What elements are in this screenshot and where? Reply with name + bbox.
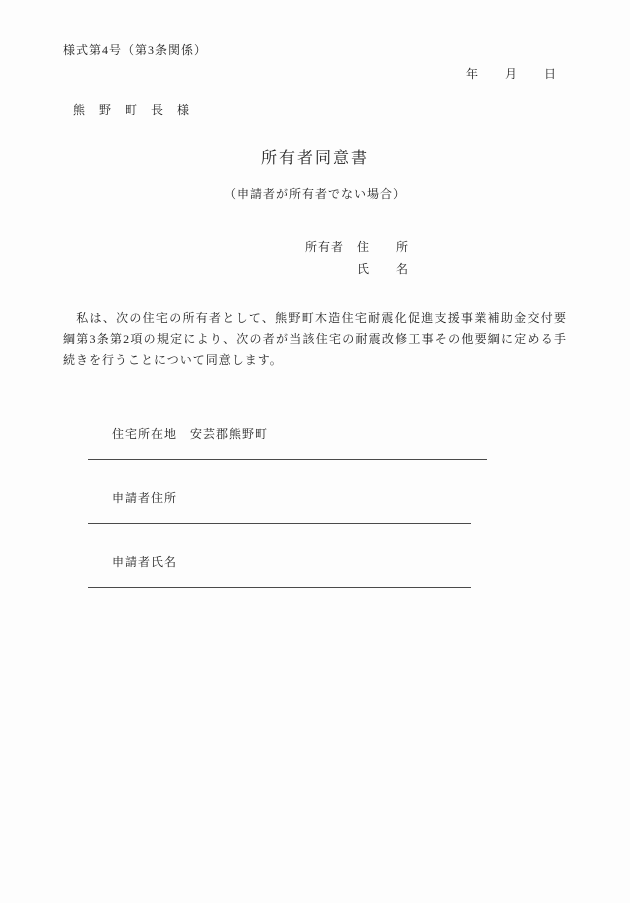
house-location-value: 安芸郡熊野町 xyxy=(190,427,268,441)
form-number: 様式第4号（第3条関係） xyxy=(63,42,567,58)
owner-name-label: 氏 名 xyxy=(305,258,567,280)
fill-in-fields: 住宅所在地安芸郡熊野町 申請者住所 申請者氏名 xyxy=(63,413,567,588)
consent-form-page: 様式第4号（第3条関係） 年 月 日 熊 野 町 長 様 所有者同意書 （申請者… xyxy=(0,0,630,903)
document-title: 所有者同意書 xyxy=(63,148,567,170)
owner-address-label: 所有者 住 所 xyxy=(305,236,567,258)
house-location-label: 住宅所在地 xyxy=(112,427,177,441)
consent-statement: 私は、次の住宅の所有者として、熊野町木造住宅耐震化促進支援事業補助金交付要綱第3… xyxy=(63,308,567,371)
applicant-name-label: 申請者氏名 xyxy=(112,555,177,569)
document-subtitle: （申請者が所有者でない場合） xyxy=(63,186,567,202)
addressee-mayor: 熊 野 町 長 様 xyxy=(73,102,567,118)
field-house-location: 住宅所在地安芸郡熊野町 xyxy=(88,413,487,460)
applicant-address-label: 申請者住所 xyxy=(112,491,177,505)
owner-address-name-block: 所有者 住 所 氏 名 xyxy=(305,236,567,280)
field-applicant-name: 申請者氏名 xyxy=(88,541,471,588)
date-line: 年 月 日 xyxy=(63,66,567,82)
field-applicant-address: 申請者住所 xyxy=(88,477,471,524)
